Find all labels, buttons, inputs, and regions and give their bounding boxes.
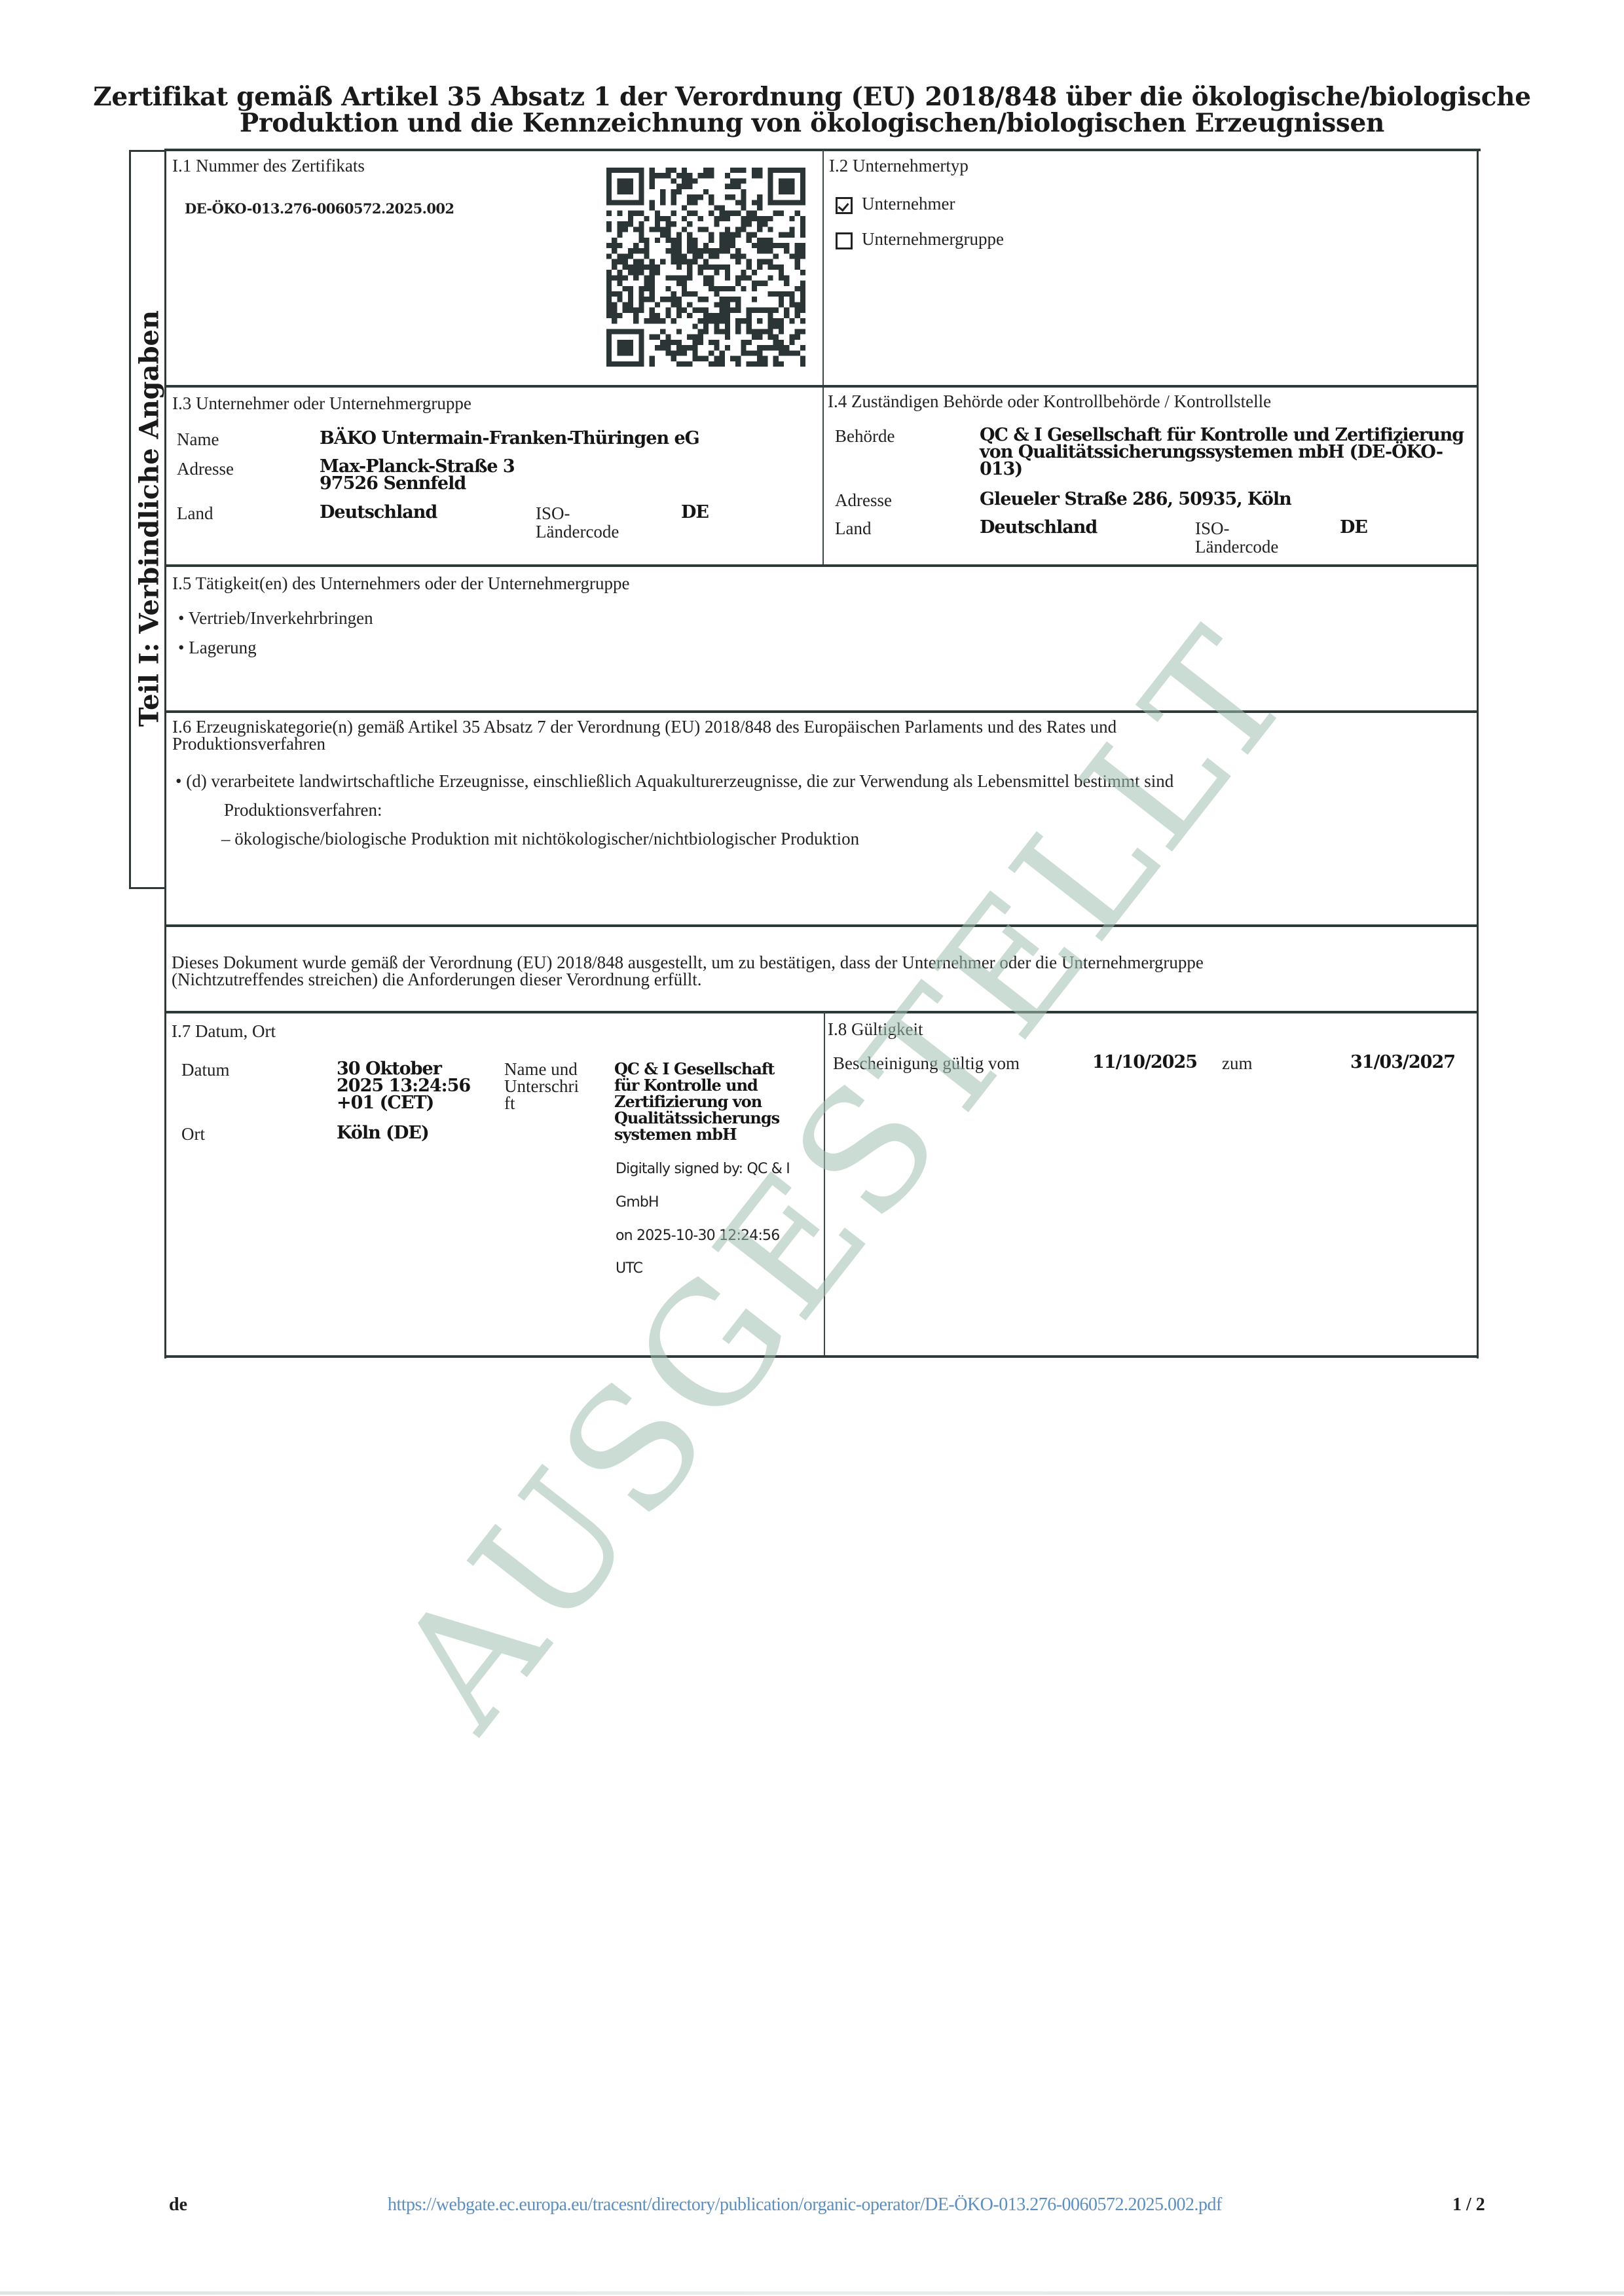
declaration-text: Dieses Dokument wurde gemäß der Verordnu…: [172, 954, 1204, 988]
digital-signature-line-4: UTC: [616, 1260, 642, 1277]
footer-language: de: [169, 2195, 187, 2215]
part-one-label: Teil I: Verbindliche Angaben: [134, 310, 165, 727]
sign-label-line-1: Name und: [504, 1061, 579, 1078]
operator-country-label: Land: [177, 504, 213, 522]
signer-name: QC & I Gesellschaft für Kontrolle und Ze…: [614, 1061, 779, 1142]
declaration-line-2: (Nichtzutreffendes streichen) die Anford…: [172, 971, 1204, 988]
product-category: • (d) verarbeitete landwirtschaftliche E…: [175, 771, 1173, 791]
production-method-value: – ökologische/biologische Produktion mit…: [221, 829, 859, 848]
section-1-5-heading: I.5 Tätigkeit(en) des Unternehmers oder …: [172, 574, 630, 593]
divider-row-3: [166, 710, 1478, 713]
heading-line-1: I.6 Erzeugniskategorie(n) gemäß Artikel …: [172, 718, 1116, 735]
place-value: Köln (DE): [337, 1125, 429, 1142]
option-label: Unternehmergruppe: [862, 229, 1004, 249]
digital-signature-line-1: Digitally signed by: QC & I: [616, 1161, 790, 1178]
authority-line-2: von Qualitätssicherungssystemen mbH (DE-…: [980, 444, 1464, 461]
production-method-label: Produktionsverfahren:: [224, 800, 382, 820]
checkbox-checked-icon[interactable]: [836, 197, 853, 214]
title-line-1: Zertifikat gemäß Artikel 35 Absatz 1 der…: [0, 84, 1624, 110]
section-1-6-heading: I.6 Erzeugniskategorie(n) gemäß Artikel …: [172, 718, 1116, 752]
divider-top-columns: [822, 150, 824, 564]
date-line-3: +01 (CET): [337, 1095, 470, 1112]
checkbox-empty-icon[interactable]: [836, 232, 853, 249]
operator-address-line-2: 97526 Sennfeld: [320, 475, 466, 492]
section-1-1-heading: I.1 Nummer des Zertifikats: [172, 156, 365, 175]
authority-iso-label: ISO- Ländercode: [1195, 519, 1278, 556]
scan-edge: [0, 2291, 1624, 2295]
signer-line-4: Qualitätssicherungs: [614, 1110, 779, 1126]
qr-code-icon[interactable]: [606, 168, 805, 367]
signer-line-5: systemen mbH: [614, 1126, 779, 1142]
divider-row-5: [166, 1011, 1478, 1013]
operator-country-value: Deutschland: [320, 504, 437, 521]
section-1-7-heading: I.7 Datum, Ort: [172, 1021, 276, 1041]
activity-item: • Lagerung: [178, 638, 257, 657]
declaration-line-1: Dieses Dokument wurde gemäß der Verordnu…: [172, 954, 1204, 971]
section-1-4-heading: I.4 Zuständigen Behörde oder Kontrollbeh…: [828, 392, 1271, 411]
issued-watermark: AUSGESTELLT: [360, 596, 1329, 1761]
valid-to-label: zum: [1222, 1054, 1253, 1072]
operator-iso-value: DE: [681, 504, 709, 521]
frame-bottom-border: [164, 1355, 1479, 1358]
frame-left-border: [164, 149, 166, 1358]
option-label: Unternehmer: [862, 194, 955, 213]
valid-from-label: Bescheinigung gültig vom: [833, 1054, 1020, 1072]
valid-from-value: 11/10/2025: [1092, 1054, 1197, 1071]
authority-iso-value: DE: [1340, 519, 1367, 536]
iso-label-line-2: Ländercode: [1195, 538, 1278, 556]
footer-document-link[interactable]: https://webgate.ec.europa.eu/tracesnt/di…: [388, 2195, 1222, 2215]
option-unternehmer[interactable]: Unternehmer: [836, 194, 955, 214]
operator-address-label: Adresse: [177, 460, 234, 478]
operator-iso-label: ISO- Ländercode: [536, 504, 619, 541]
title-line-2: Produktion und die Kennzeichnung von öko…: [0, 110, 1624, 136]
authority-address-value: Gleueler Straße 286, 50935, Köln: [980, 491, 1291, 508]
sign-label-line-3: ft: [504, 1095, 579, 1112]
date-label: Datum: [181, 1061, 230, 1079]
footer-page-number: 1 / 2: [1452, 2195, 1485, 2215]
section-1-3-heading: I.3 Unternehmer oder Unternehmergruppe: [172, 393, 471, 413]
divider-bottom-columns: [824, 1012, 825, 1357]
authority-label: Behörde: [835, 427, 895, 445]
document-title: Zertifikat gemäß Artikel 35 Absatz 1 der…: [0, 84, 1624, 136]
section-1-2-heading: I.2 Unternehmertyp: [829, 156, 969, 175]
certificate-number: DE-ÖKO-013.276-0060572.2025.002: [185, 200, 454, 217]
digital-signature-line-2: GmbH: [616, 1194, 659, 1211]
operator-name-value: BÄKO Untermain-Franken-Thüringen eG: [320, 430, 699, 447]
iso-label-line-1: ISO-: [1195, 519, 1278, 538]
signer-line-1: QC & I Gesellschaft: [614, 1061, 779, 1077]
place-label: Ort: [181, 1125, 205, 1143]
divider-row-1: [166, 385, 1478, 388]
iso-label-line-2: Ländercode: [536, 522, 619, 541]
valid-to-value: 31/03/2027: [1350, 1054, 1455, 1071]
authority-address-label: Adresse: [835, 491, 892, 509]
authority-line-3: 013): [980, 461, 1464, 478]
section-1-8-heading: I.8 Gültigkeit: [828, 1019, 923, 1039]
date-value: 30 Oktober 2025 13:24:56 +01 (CET): [337, 1061, 470, 1112]
authority-country-value: Deutschland: [980, 519, 1097, 536]
frame-right-border: [1477, 149, 1479, 1358]
option-unternehmergruppe[interactable]: Unternehmergruppe: [836, 229, 1004, 249]
heading-line-2: Produktionsverfahren: [172, 735, 1116, 752]
signer-line-2: für Kontrolle und: [614, 1077, 779, 1093]
signer-line-3: Zertifizierung von: [614, 1093, 779, 1110]
divider-row-2: [166, 564, 1478, 567]
divider-row-4: [166, 924, 1478, 927]
signature-label: Name und Unterschri ft: [504, 1061, 579, 1112]
sign-label-line-2: Unterschri: [504, 1078, 579, 1095]
operator-name-label: Name: [177, 430, 219, 448]
digital-signature-line-3: on 2025-10-30 12:24:56: [616, 1228, 779, 1245]
activity-item: • Vertrieb/Inverkehrbringen: [178, 608, 373, 628]
authority-value: QC & I Gesellschaft für Kontrolle und Ze…: [980, 427, 1464, 478]
iso-label-line-1: ISO-: [536, 504, 619, 522]
authority-country-label: Land: [835, 519, 871, 538]
